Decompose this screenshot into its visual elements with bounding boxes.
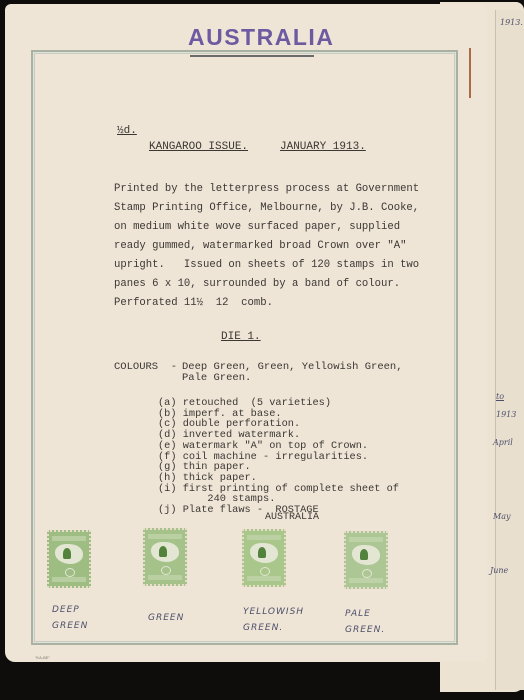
- stamp-green: [143, 528, 187, 586]
- plate-flaw-note: AUSTRALIA: [265, 513, 319, 523]
- back-page-edge: [495, 10, 524, 690]
- kangaroo-icon: [360, 549, 368, 560]
- varieties-list: (a) retouched (5 varieties) (b) imperf. …: [158, 398, 399, 516]
- stamp-yellowish-green: [242, 529, 286, 587]
- label-line: GREEN.: [243, 620, 304, 636]
- margin-note-to: to: [496, 392, 504, 401]
- stamp-deep-green: [47, 530, 91, 588]
- label-line: YELLOWISH: [243, 604, 304, 620]
- issue-date: JANUARY 1913.: [280, 142, 366, 153]
- description-paragraph: Printed by the letterpress process at Go…: [114, 180, 404, 313]
- margin-note-may: May: [493, 512, 510, 521]
- country-stamp-heading: AUSTRALIA: [188, 24, 334, 51]
- label-line: GREEN: [52, 618, 88, 634]
- maker-mark: "KA-BE": [35, 655, 50, 660]
- heading-underline: [190, 55, 314, 57]
- label-yellowish-green: YELLOWISH GREEN.: [243, 604, 304, 636]
- rust-mark: [469, 48, 471, 98]
- label-pale-green: PALE GREEN.: [345, 606, 385, 638]
- label-line: GREEN: [148, 610, 184, 626]
- kangaroo-icon: [63, 548, 71, 559]
- label-green: GREEN: [148, 610, 184, 626]
- kangaroo-icon: [159, 546, 167, 557]
- label-line: PALE: [345, 606, 385, 622]
- margin-note-1913: 1913: [496, 410, 516, 419]
- denomination: ½d.: [117, 126, 137, 137]
- label-line: GREEN.: [345, 622, 385, 638]
- label-deep-green: DEEP GREEN: [52, 602, 88, 634]
- die-heading: DIE 1.: [221, 332, 261, 343]
- margin-note-year: 1913.: [500, 18, 523, 27]
- label-line: DEEP: [52, 602, 88, 618]
- stamp-pale-green: [344, 531, 388, 589]
- issue-title: KANGAROO ISSUE.: [149, 142, 248, 153]
- colours-label: COLOURS -: [114, 362, 177, 373]
- margin-note-april: April: [493, 438, 513, 447]
- kangaroo-icon: [258, 547, 266, 558]
- colours-list: Deep Green, Green, Yellowish Green, Pale…: [182, 362, 403, 384]
- margin-note-june: June: [490, 566, 508, 575]
